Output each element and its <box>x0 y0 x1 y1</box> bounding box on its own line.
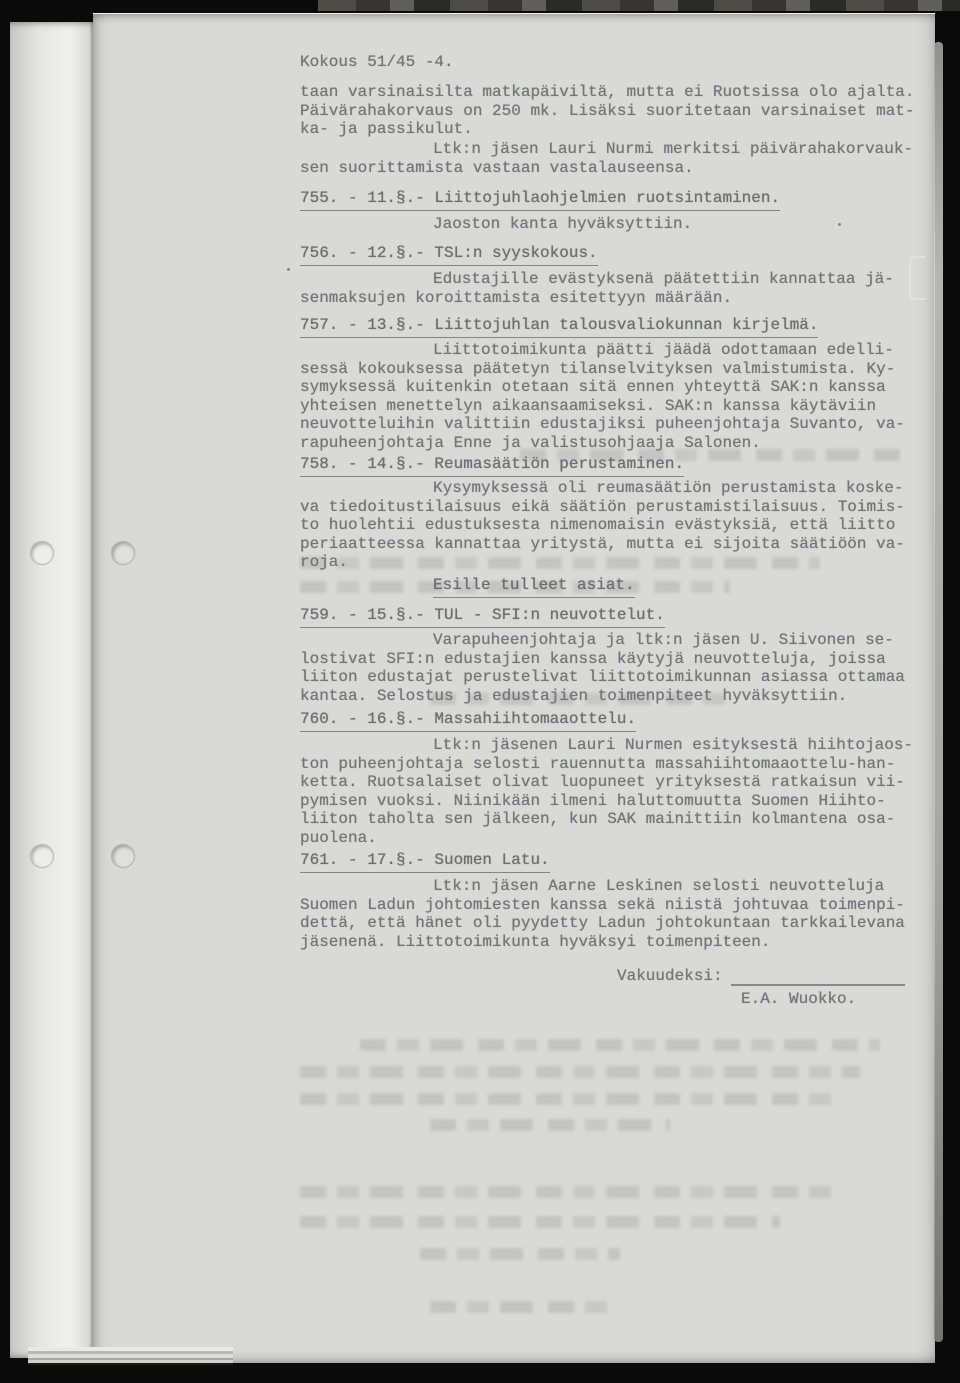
punch-hole <box>30 541 54 565</box>
doc-line: pymisen vuoksi. Niinikään ilmeni halutto… <box>300 792 913 811</box>
bleedthrough-ghost-text <box>430 1301 610 1313</box>
doc-line: liiton edustajat perustelivat liittotoim… <box>300 668 905 687</box>
page-stack-edge <box>28 1347 233 1365</box>
bleedthrough-ghost-text <box>300 1066 860 1078</box>
section-heading-760: 760. - 16.§.- Massahiihtomaaottelu. <box>300 710 636 732</box>
doc-line: Ltk:n jäsenen Lauri Nurmen esityksestä h… <box>300 736 913 755</box>
doc-line: Suomen Ladun johtomiesten kanssa sekä ni… <box>300 896 905 915</box>
doc-line: ketta. Ruotsalaiset olivat luopuneet yri… <box>300 773 913 792</box>
doc-line: kantaa. Selostus ja edustajien toimenpit… <box>300 687 905 706</box>
doc-line: rapuheenjohtaja Enne ja valistusohjaaja … <box>300 434 905 453</box>
bleedthrough-ghost-text <box>300 1093 840 1105</box>
doc-line: Kysymyksessä oli reumasäätiön perustamis… <box>300 479 905 498</box>
doc-line: sen suorittamista vastaan vastalauseensa… <box>300 159 913 178</box>
bleedthrough-ghost-text <box>420 1248 620 1260</box>
intro-paragraph-2: Ltk:n jäsen Lauri Nurmi merkitsi päivära… <box>300 140 913 177</box>
punch-hole <box>111 844 135 868</box>
subheading-esille-tulleet-asiat: Esille tulleet asiat. <box>433 576 635 598</box>
doc-line: sessä kokouksessa päätetyn tilanselvityk… <box>300 360 905 379</box>
doc-line: Ltk:n jäsen Aarne Leskinen selosti neuvo… <box>300 877 905 896</box>
bleedthrough-ghost-text <box>360 1039 880 1051</box>
doc-line: Edustajille evästyksenä päätettiin kanna… <box>300 270 894 289</box>
punch-hole <box>111 541 135 565</box>
section-body-758: Kysymyksessä oli reumasäätiön perustamis… <box>300 479 905 572</box>
signature-label: Vakuudeksi: <box>617 967 723 986</box>
doc-line: lostivat SFI:n edustajien kanssa käytyjä… <box>300 650 905 669</box>
doc-line: periaatteessa kannattaa yritystä, mutta … <box>300 535 905 554</box>
bleedthrough-ghost-text <box>300 1216 780 1228</box>
section-body-761: Ltk:n jäsen Aarne Leskinen selosti neuvo… <box>300 877 905 951</box>
doc-line: Ltk:n jäsen Lauri Nurmi merkitsi päivära… <box>300 140 913 159</box>
bleedthrough-ghost-text <box>300 1186 840 1198</box>
ink-speck <box>287 268 290 271</box>
scanned-document: Kokous 51/45 -4. taan varsinaisilta matk… <box>0 0 960 1383</box>
page-corner-fold <box>909 256 926 300</box>
section-body-759: Varapuheenjohtaja ja ltk:n jäsen U. Siiv… <box>300 631 905 705</box>
doc-line: puolena. <box>300 829 913 848</box>
scan-top-edge <box>318 0 960 11</box>
doc-line: Varapuheenjohtaja ja ltk:n jäsen U. Siiv… <box>300 631 905 650</box>
section-body-755: Jaoston kanta hyväksyttiin. <box>300 215 692 234</box>
punch-hole <box>30 844 54 868</box>
doc-line: senmaksujen koroittamista esitettyyn mää… <box>300 289 894 308</box>
book-spine <box>10 22 94 1358</box>
section-heading-756: 756. - 12.§.- TSL:n syyskokous. <box>300 244 598 266</box>
section-body-757: Liittotoimikunta päätti jäädä odottamaan… <box>300 341 905 452</box>
section-heading-761: 761. - 17.§.- Suomen Latu. <box>300 851 550 873</box>
page-title: Kokous 51/45 -4. <box>300 53 454 72</box>
signature-line <box>731 981 905 986</box>
underlying-page-edge <box>934 42 943 1342</box>
intro-paragraph-1: taan varsinaisilta matkapäiviltä, mutta … <box>300 83 915 139</box>
section-body-756: Edustajille evästyksenä päätettiin kanna… <box>300 270 894 307</box>
ink-speck <box>838 223 841 226</box>
doc-line: jäsenenä. Liittotoimikunta hyväksyi toim… <box>300 933 905 952</box>
signature-name: E.A. Wuokko. <box>741 990 856 1009</box>
doc-line: va tiedoitustilaisuus eikä säätiön perus… <box>300 498 905 517</box>
doc-line: taan varsinaisilta matkapäiviltä, mutta … <box>300 83 915 102</box>
doc-line: Päivärahakorvaus on 250 mk. Lisäksi suor… <box>300 102 915 121</box>
doc-line: to huolehtii edustuksesta nimenomaisin e… <box>300 516 905 535</box>
doc-line: ka- ja passikulut. <box>300 120 915 139</box>
doc-line: ton puheenjohtaja selosti rauennutta mas… <box>300 755 913 774</box>
doc-line: dettä, että hänet oli pyydetty Ladun joh… <box>300 914 905 933</box>
doc-line: Jaoston kanta hyväksyttiin. <box>300 215 692 234</box>
doc-line: symyksessä kuitenkin otetaan sitä ennen … <box>300 378 905 397</box>
bleedthrough-ghost-text <box>430 1119 670 1131</box>
section-heading-759: 759. - 15.§.- TUL - SFI:n neuvottelut. <box>300 606 665 628</box>
doc-line: neuvotteluihin valittiin edustajiksi puh… <box>300 415 905 434</box>
section-body-760: Ltk:n jäsenen Lauri Nurmen esityksestä h… <box>300 736 913 847</box>
doc-line: yhteisen menettelyn aikaansaamiseksi. SA… <box>300 397 905 416</box>
section-heading-758: 758. - 14.§.- Reumasäätiön perustaminen. <box>300 455 684 477</box>
doc-line: liiton taholta sen jälkeen, kun SAK main… <box>300 810 913 829</box>
section-heading-755: 755. - 11.§.- Liittojuhlaohjelmien ruots… <box>300 189 780 211</box>
section-heading-757: 757. - 13.§.- Liittojuhlan talousvalioku… <box>300 316 818 338</box>
doc-line: Liittotoimikunta päätti jäädä odottamaan… <box>300 341 905 360</box>
doc-line: roja. <box>300 553 905 572</box>
